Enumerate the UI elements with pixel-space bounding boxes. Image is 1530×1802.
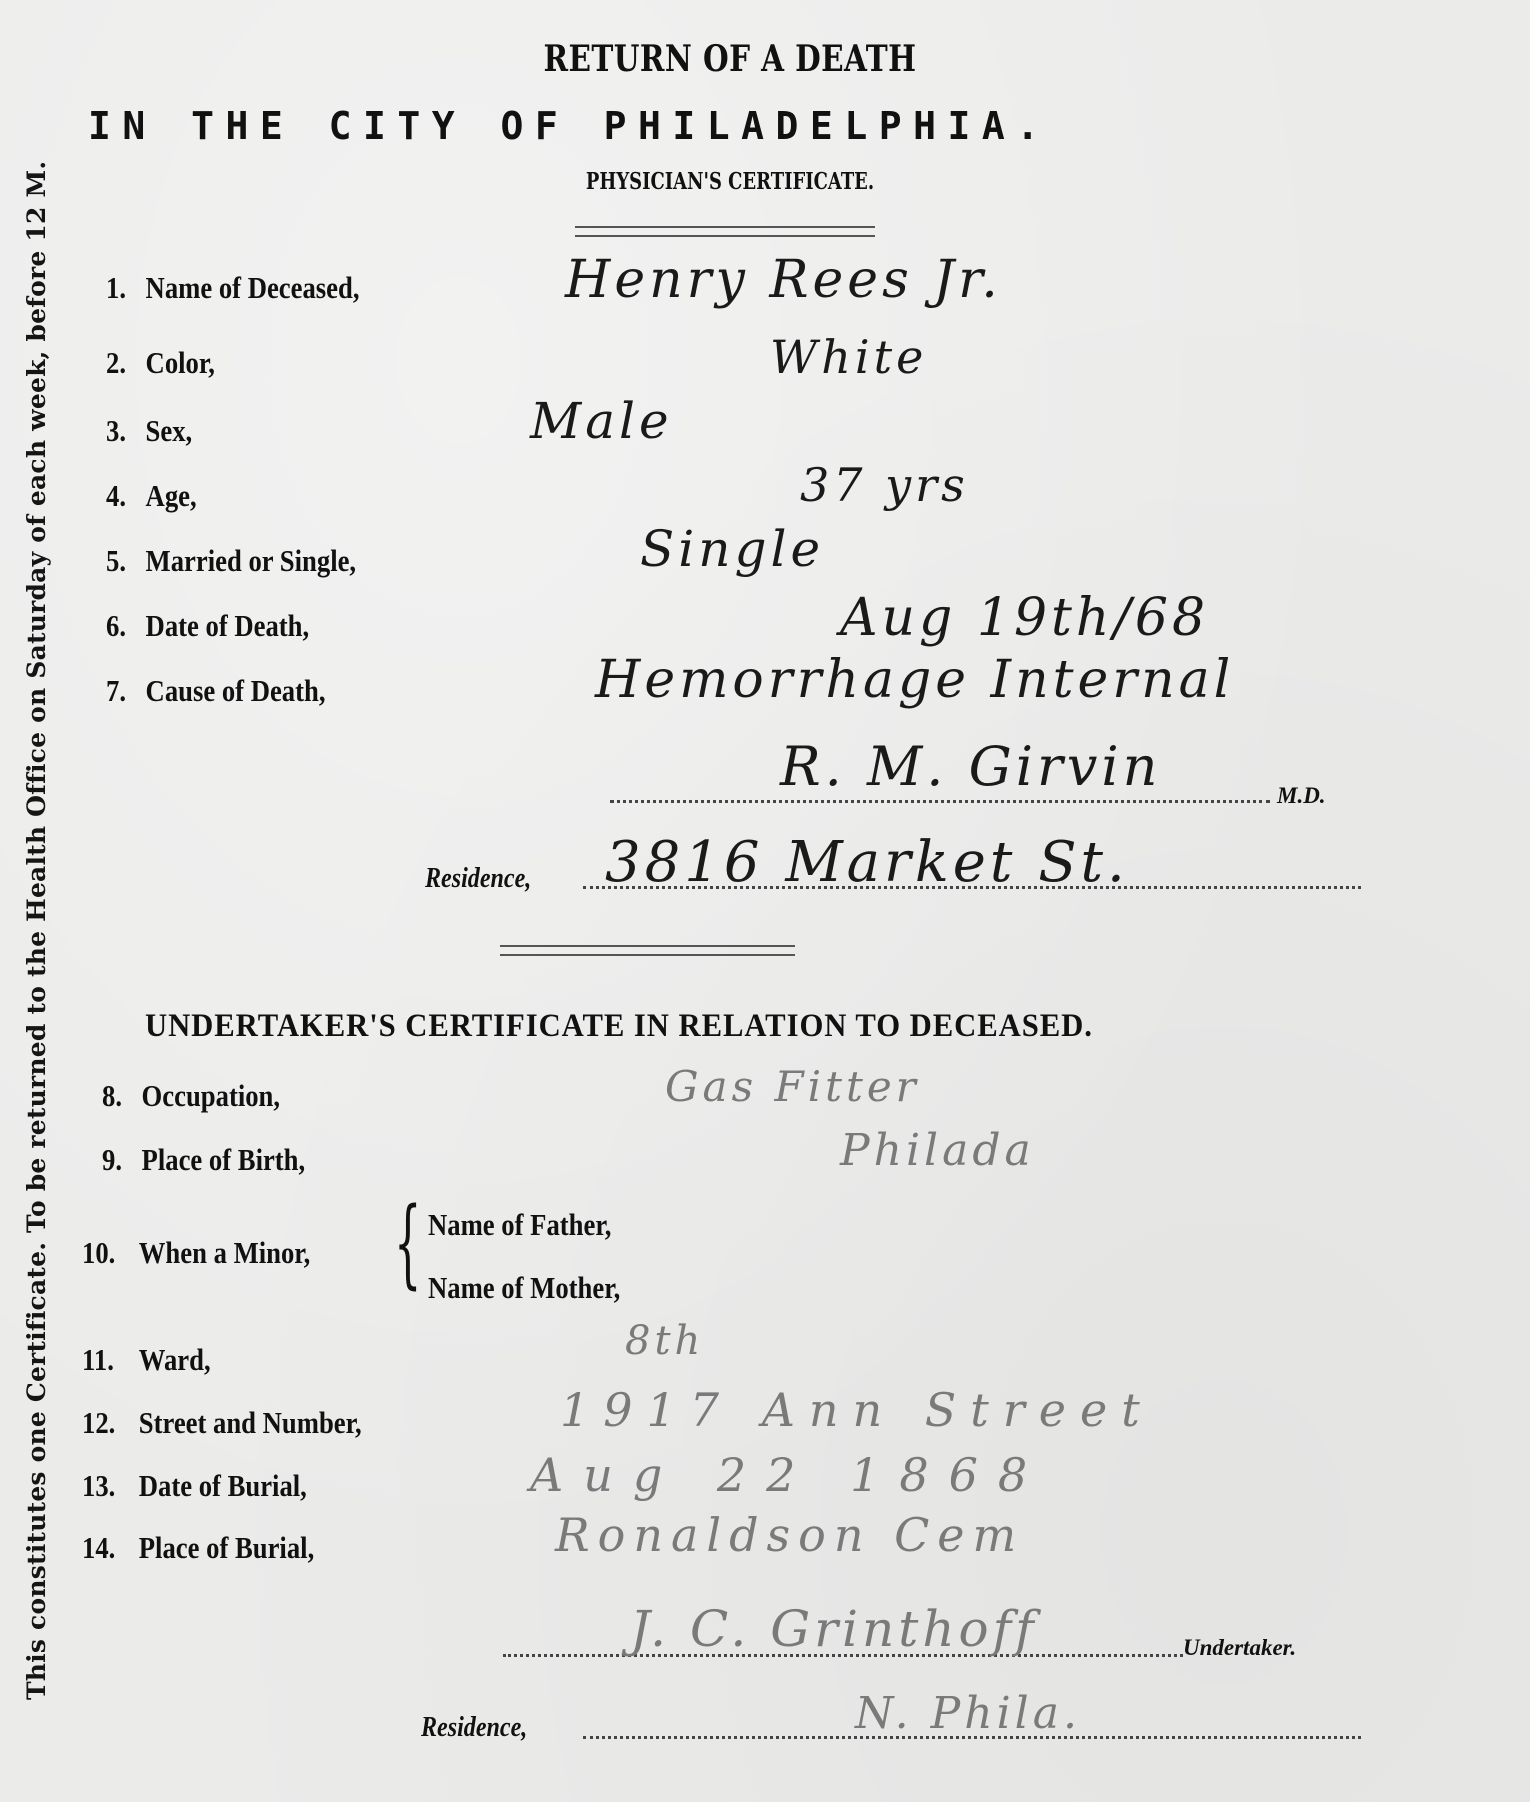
value-color: White [770,330,927,384]
section-divider [500,945,795,956]
undertaker-residence-value: N. Phila. [855,1688,1081,1739]
field-when-a-minor: 10.When a Minor, [82,1235,348,1271]
field-label: Place of Birth, [142,1142,306,1177]
value-cause-of-death: Hemorrhage Internal [595,650,1234,710]
value-street-and-number: 1917 Ann Street [560,1383,1154,1437]
side-instruction-note: This constitutes one Certificate. To be … [22,161,51,1700]
field-name-of-mother: Name of Mother, [428,1270,652,1306]
field-street-and-number: 12.Street and Number, [82,1405,407,1441]
minor-brace: { [394,1195,421,1291]
field-label: Age, [146,478,197,513]
field-cause-of-death: 7.Cause of Death, [106,673,361,709]
field-number: 1. [106,270,146,306]
field-number: 7. [106,673,146,709]
document-subtitle: IN THE CITY OF PHILADELPHIA. [88,104,1368,148]
field-label: Date of Death, [146,608,310,643]
undertaker-signature: J. C. Grinthoff [630,1600,1038,1658]
physician-certificate-heading: PHYSICIAN'S CERTIFICATE. [161,168,1300,195]
field-number: 8. [102,1078,142,1114]
field-label: Sex, [146,413,193,448]
value-name-of-deceased: Henry Rees Jr. [565,250,1002,310]
field-label: Date of Burial, [139,1468,307,1503]
field-label: Name of Mother, [428,1270,620,1306]
field-date-of-burial: 13.Date of Burial, [82,1468,343,1504]
field-number: 13. [82,1468,139,1504]
field-number: 12. [82,1405,139,1441]
field-number: 3. [106,413,146,449]
field-number: 9. [102,1142,142,1178]
title-divider [575,226,875,237]
undertaker-signature-suffix: Undertaker. [1183,1635,1296,1661]
field-place-of-birth: 9.Place of Birth, [102,1142,338,1178]
field-label: Cause of Death, [146,673,326,708]
field-label: Street and Number, [139,1405,362,1440]
field-number: 11. [82,1342,139,1378]
physician-signature-line [610,800,1270,803]
field-color: 2.Color, [106,345,233,381]
physician-residence-label: Residence, [425,863,531,895]
value-place-of-burial: Ronaldson Cem [555,1508,1024,1562]
document-title: RETURN OF A DEATH [131,38,1328,80]
field-label: When a Minor, [139,1235,311,1270]
field-label: Place of Burial, [139,1530,314,1565]
value-ward: 8th [625,1318,704,1364]
value-place-of-birth: Philada [840,1125,1035,1176]
undertaker-certificate-heading: UNDERTAKER'S CERTIFICATE IN RELATION TO … [145,1008,1093,1045]
field-number: 10. [82,1235,139,1271]
physician-signature-suffix: M.D. [1277,783,1326,809]
field-label: Name of Father, [428,1207,611,1243]
field-number: 2. [106,345,146,381]
field-date-of-death: 6.Date of Death, [106,608,342,644]
field-label: Occupation, [142,1078,281,1113]
field-number: 6. [106,608,146,644]
physician-signature: R. M. Girvin [780,735,1161,798]
field-name-of-deceased: 1.Name of Deceased, [106,270,401,306]
undertaker-residence-label: Residence, [421,1712,527,1744]
field-place-of-burial: 14.Place of Burial, [82,1530,352,1566]
field-label: Married or Single, [146,543,357,578]
field-label: Color, [146,345,215,380]
value-date-of-death: Aug 19th/68 [840,588,1209,648]
field-label: Name of Deceased, [146,270,360,305]
field-ward: 11.Ward, [82,1342,232,1378]
physician-residence-value: 3816 Market St. [605,830,1129,895]
field-married-or-single: 5.Married or Single, [106,543,397,579]
value-married-or-single: Single [640,520,824,578]
value-age: 37 yrs [800,458,969,512]
field-occupation: 8.Occupation, [102,1078,309,1114]
field-number: 14. [82,1530,139,1566]
value-date-of-burial: Aug 22 1868 [530,1448,1047,1502]
field-sex: 3.Sex, [106,413,206,449]
field-label: Ward, [139,1342,211,1377]
value-occupation: Gas Fitter [665,1062,920,1111]
field-number: 5. [106,543,146,579]
field-age: 4.Age, [106,478,211,514]
field-name-of-father: Name of Father, [428,1207,641,1243]
value-sex: Male [530,392,673,450]
field-number: 4. [106,478,146,514]
